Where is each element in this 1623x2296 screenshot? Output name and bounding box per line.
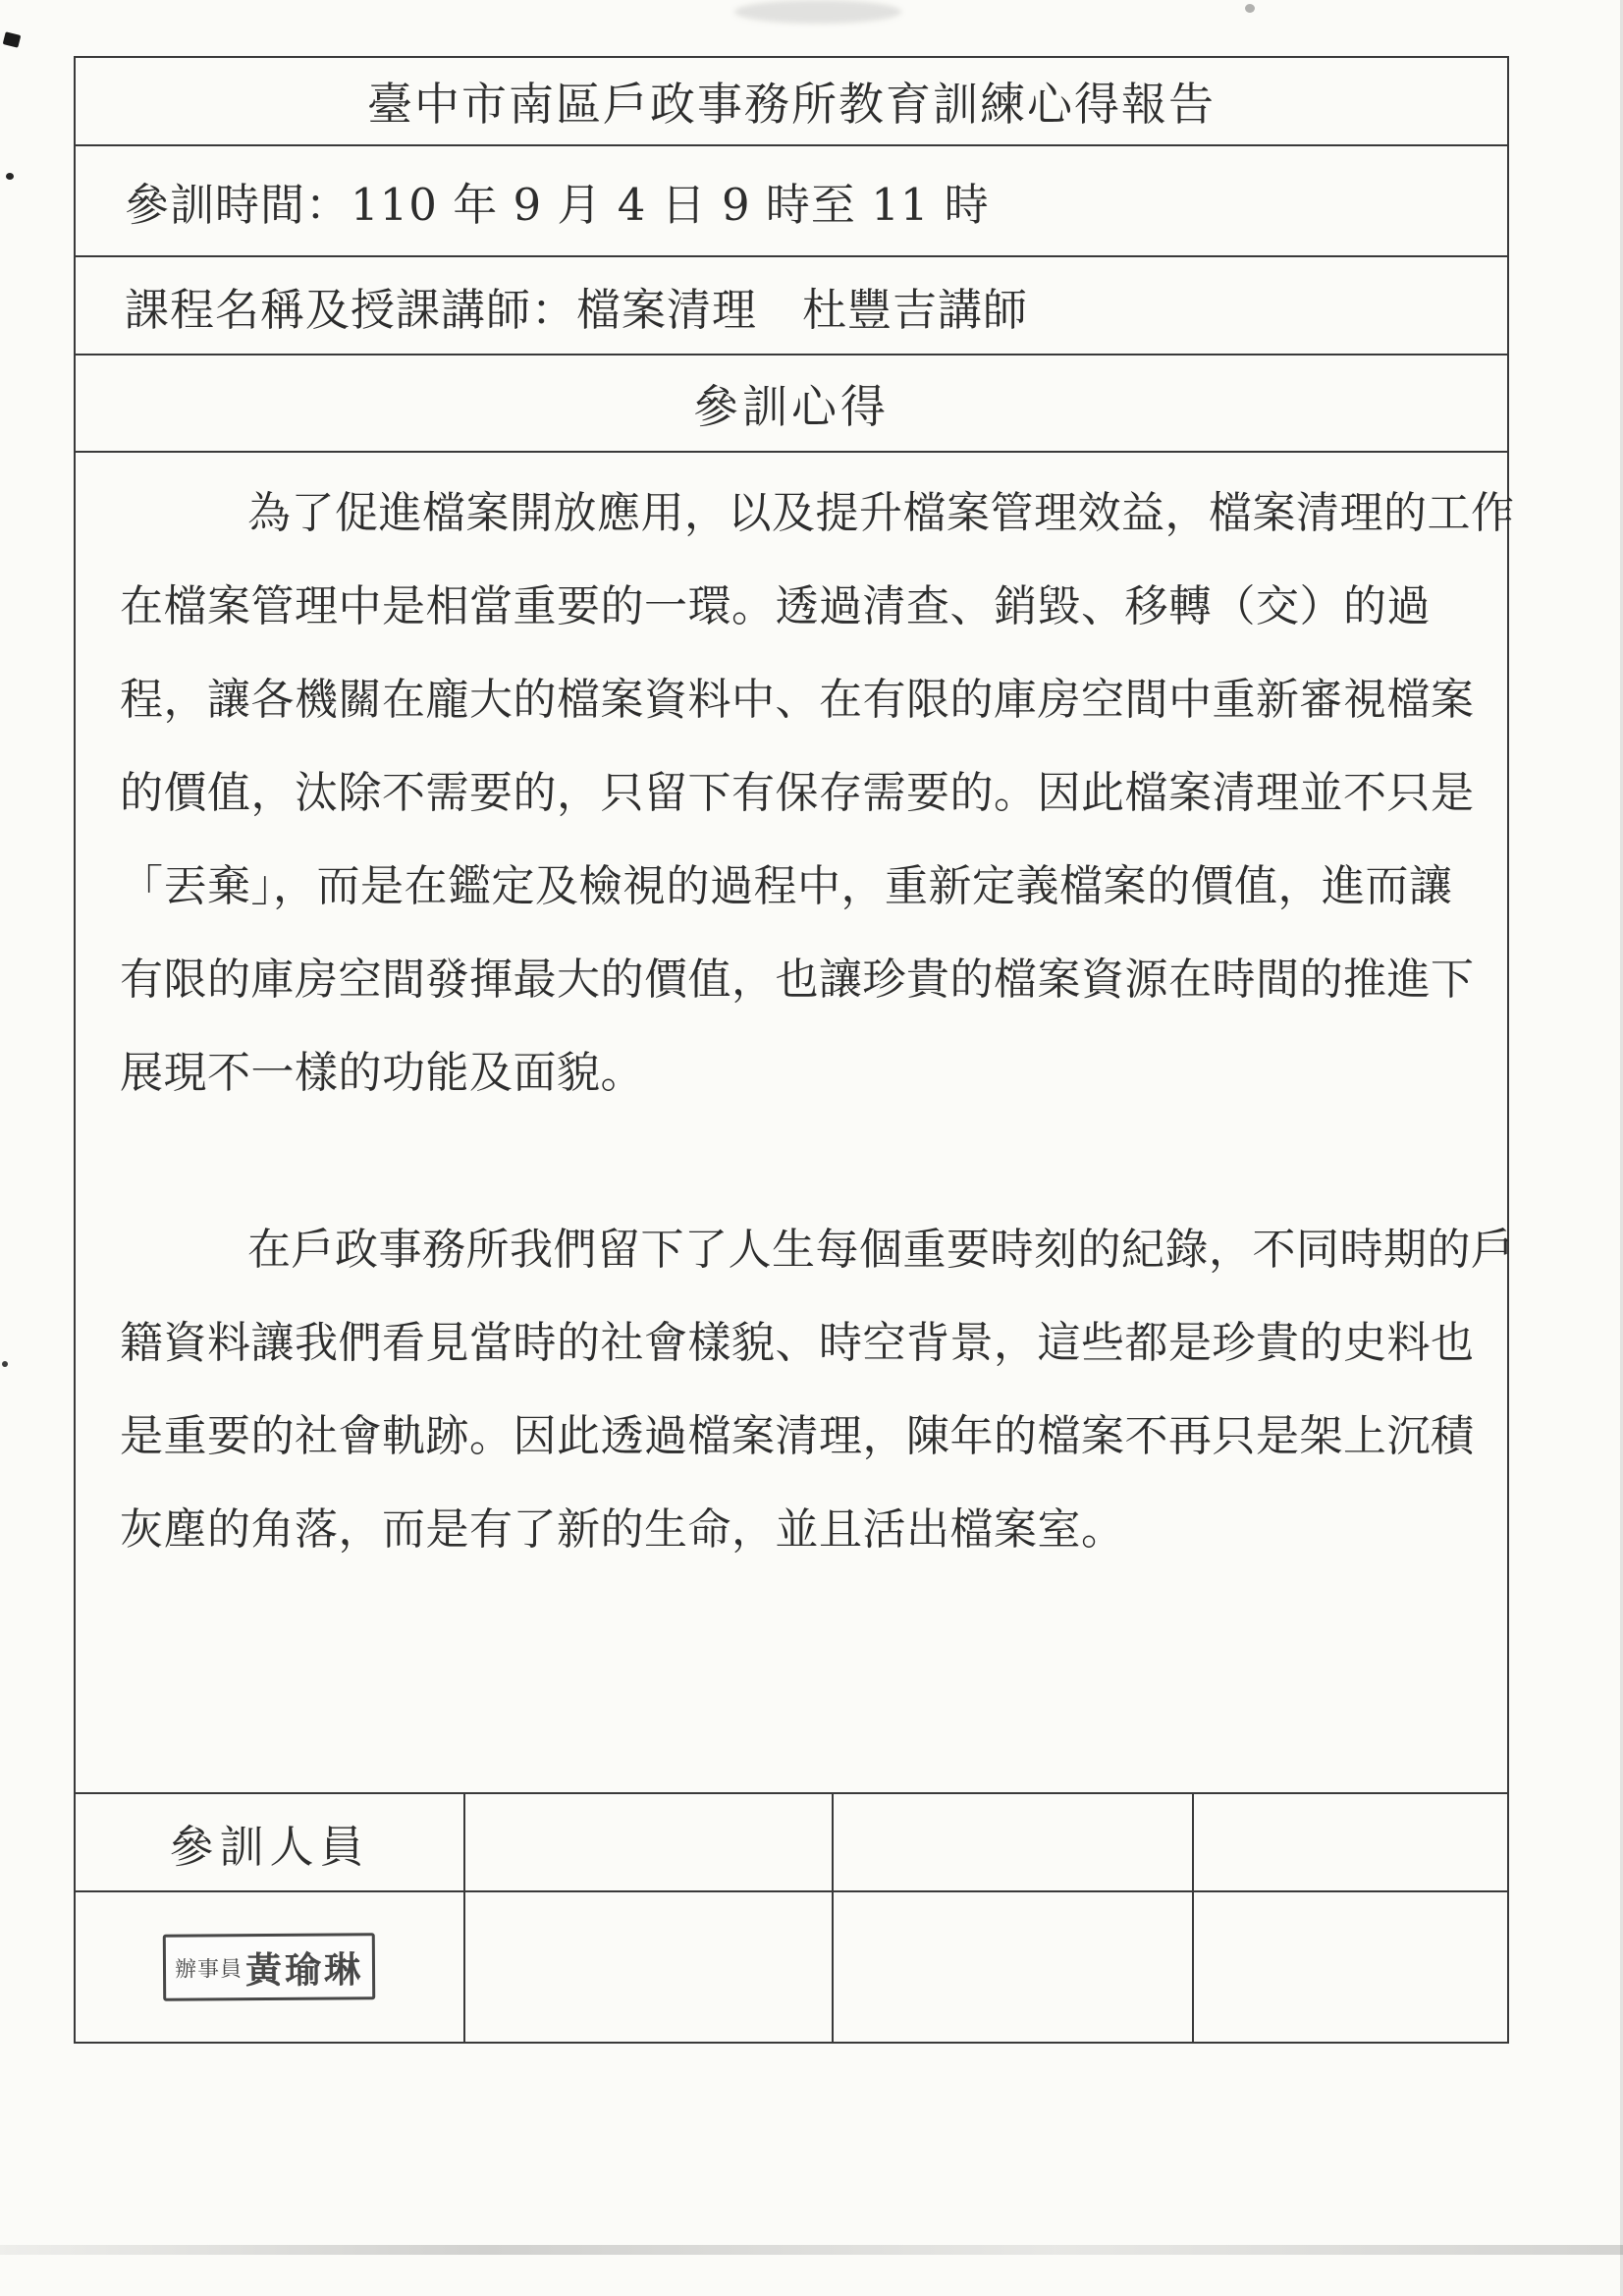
scan-artifact-nick: [3, 31, 22, 47]
participants-empty-cell-2: [832, 1794, 1192, 1890]
participants-empty-cell-1: [463, 1794, 832, 1890]
training-time-row: 參訓時間：110 年 9 月 4 日 9 時至 11 時: [76, 144, 1507, 255]
name-stamp: 辦事員 黃瑜琳: [163, 1933, 375, 2001]
signature-stamp-cell: 辦事員 黃瑜琳: [76, 1892, 463, 2042]
course-lecturer-row: 課程名稱及授課講師：檔案清理 杜豐吉講師: [76, 255, 1507, 354]
report-form-table: 臺中市南區戶政事務所教育訓練心得報告 參訓時間：110 年 9 月 4 日 9 …: [74, 56, 1509, 2044]
essay-line: 在檔案管理中是相當重要的一環。透過清查、銷毀、移轉（交）的過: [120, 560, 1463, 653]
essay-line: 灰塵的角落，而是有了新的生命，並且活出檔案室。: [120, 1483, 1463, 1576]
scan-artifact-streak: [0, 2245, 1623, 2255]
reflection-section-header: 參訓心得: [693, 371, 890, 436]
report-title: 臺中市南區戶政事務所教育訓練心得報告: [367, 69, 1216, 134]
scan-artifact-dot: [2, 1361, 8, 1367]
stamp-person-name: 黃瑜琳: [245, 1940, 363, 1994]
scan-artifact-dot: [6, 173, 14, 180]
essay-line: 「丟棄」，而是在鑑定及檢視的過程中，重新定義檔案的價值，進而讓: [120, 840, 1463, 933]
essay-line: 籍資料讓我們看見當時的社會樣貌、時空背景，這些都是珍貴的史料也: [120, 1296, 1463, 1390]
essay-paragraph-1: 為了促進檔案開放應用，以及提升檔案管理效益，檔案清理的工作 在檔案管理中是相當重…: [120, 466, 1463, 1120]
essay-line: 程，讓各機關在龐大的檔案資料中、在有限的庫房空間中重新審視檔案: [120, 653, 1463, 746]
training-time-field: 參訓時間：110 年 9 月 4 日 9 時至 11 時: [125, 169, 990, 233]
essay-line: 在戶政事務所我們留下了人生每個重要時刻的紀錄，不同時期的戶: [120, 1203, 1463, 1296]
reflection-header-row: 參訓心得: [76, 354, 1507, 451]
essay-line: 為了促進檔案開放應用，以及提升檔案管理效益，檔案清理的工作: [120, 466, 1463, 560]
signature-empty-cell-1: [463, 1892, 832, 2042]
scan-artifact-speck: [1245, 4, 1255, 13]
stamp-position-label: 辦事員: [175, 1952, 243, 1983]
participants-label-cell: 參訓人員: [76, 1794, 463, 1890]
essay-paragraph-2: 在戶政事務所我們留下了人生每個重要時刻的紀錄，不同時期的戶 籍資料讓我們看見當時…: [120, 1203, 1463, 1576]
course-and-lecturer-field: 課程名稱及授課講師：檔案清理 杜豐吉講師: [125, 274, 1028, 338]
essay-line: 的價值，汰除不需要的，只留下有保存需要的。因此檔案清理並不只是: [120, 746, 1463, 840]
essay-line: 展現不一樣的功能及面貌。: [120, 1026, 1463, 1120]
signature-empty-cell-3: [1192, 1892, 1507, 2042]
participants-empty-cell-3: [1192, 1794, 1507, 1890]
scan-artifact-smudge: [734, 0, 901, 24]
essay-line: 有限的庫房空間發揮最大的價值，也讓珍貴的檔案資源在時間的推進下: [120, 933, 1463, 1026]
essay-line: 是重要的社會軌跡。因此透過檔案清理，陳年的檔案不再只是架上沉積: [120, 1390, 1463, 1483]
scanned-document-page: 臺中市南區戶政事務所教育訓練心得報告 參訓時間：110 年 9 月 4 日 9 …: [0, 0, 1623, 2296]
participants-header-row: 參訓人員: [76, 1792, 1507, 1890]
participants-label: 參訓人員: [169, 1811, 369, 1875]
reflection-content-area: 為了促進檔案開放應用，以及提升檔案管理效益，檔案清理的工作 在檔案管理中是相當重…: [76, 451, 1507, 1792]
signature-empty-cell-2: [832, 1892, 1192, 2042]
report-title-row: 臺中市南區戶政事務所教育訓練心得報告: [76, 58, 1507, 144]
signature-row: 辦事員 黃瑜琳: [76, 1890, 1507, 2042]
